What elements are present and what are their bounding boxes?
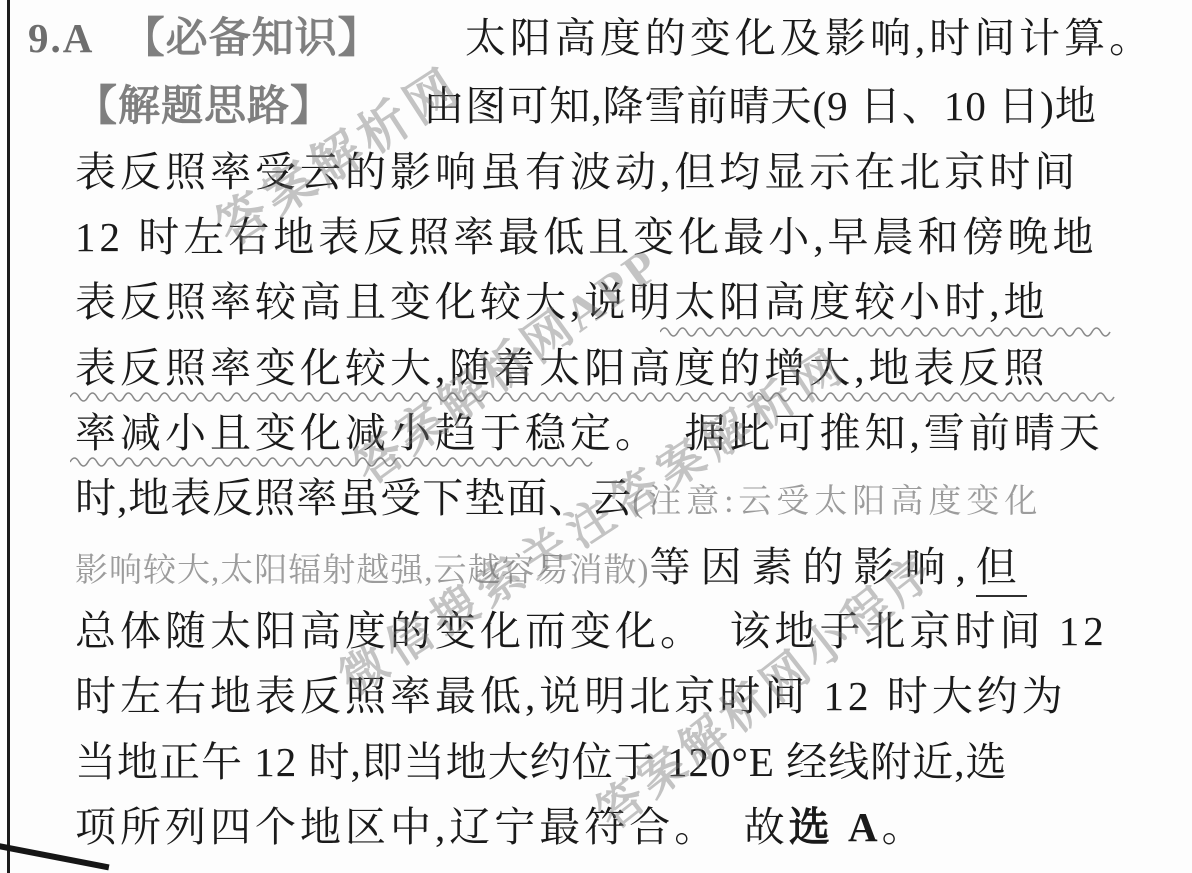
solution-line-6: 表反照率变化较大,随着太阳高度的增大,地表反照 — [75, 344, 1049, 392]
approach-label: 【解题思路】 — [75, 84, 333, 130]
solution-line-7: 率减小且变化减小趋于稳定。 据此可推知,雪前晴天 — [75, 409, 1104, 457]
line-text: 太阳高度的变化及影响,时间计算。 — [465, 15, 1154, 61]
line-text: 表反照率较高且变化较大,说明太阳高度较小时,地 — [75, 279, 1049, 325]
solution-line-4: 12 时左右地表反照率最低且变化最小,早晨和傍晚地 — [75, 213, 1098, 261]
solution-line-11: 时左右地表反照率最低,说明北京时间 12 时大约为 — [75, 672, 1067, 720]
line-text: 时左右地表反照率最低,说明北京时间 12 时大约为 — [75, 673, 1067, 719]
left-border-rule — [7, 0, 10, 873]
solution-line-2: 【解题思路】 由图可知,降雪前晴天(9 日、10 日)地 — [75, 82, 1097, 131]
wavy-underline — [70, 391, 1118, 403]
question-number: 9.A — [28, 15, 94, 61]
answer-sheet-page: 9.A 【必备知识】 太阳高度的变化及影响,时间计算。 【解题思路】 由图可知,… — [0, 0, 1192, 873]
line-text: 总体随太阳高度的变化而变化。 该地于北京时间 12 — [75, 608, 1108, 654]
line-text: 率减小且变化减小趋于稳定。 据此可推知,雪前晴天 — [75, 410, 1104, 456]
note-text: (注意:云受太阳高度变化 — [632, 484, 1042, 520]
underlined-word: 但 — [976, 544, 1027, 597]
solution-line-13: 项所列四个地区中,辽宁最符合。 故选 A。 — [75, 803, 927, 851]
knowledge-label: 【必备知识】 — [123, 16, 381, 62]
line-text: 项所列四个地区中,辽宁最符合。 故 — [75, 804, 789, 850]
bold-answer: 选 A — [789, 804, 882, 850]
line-text: 当地正午 12 时,即当地大约位于 120°E 经线附近,选 — [75, 739, 1007, 785]
wavy-underline — [70, 456, 605, 468]
line-text: 由图可知,降雪前晴天(9 日、10 日)地 — [423, 83, 1097, 129]
solution-line-8: 时,地表反照率虽受下垫面、云(注意:云受太阳高度变化 — [75, 474, 1042, 526]
solution-line-1: 9.A 【必备知识】 太阳高度的变化及影响,时间计算。 — [28, 14, 1154, 63]
note-text: 影响较大,太阳辐射越强,云越容易消散) — [75, 553, 650, 589]
wavy-underline — [660, 326, 1118, 338]
line-text: 时,地表反照率虽受下垫面、云 — [75, 475, 632, 521]
solution-line-5: 表反照率较高且变化较大,说明太阳高度较小时,地 — [75, 278, 1049, 326]
line-text: 表反照率受云的影响虽有波动,但均显示在北京时间 — [75, 149, 1079, 195]
solution-line-12: 当地正午 12 时,即当地大约位于 120°E 经线附近,选 — [75, 738, 1007, 786]
solution-line-9: 影响较大,太阳辐射越强,云越容易消散)等因素的影响,但 — [75, 543, 1027, 595]
line-text: 表反照率变化较大,随着太阳高度的增大,地表反照 — [75, 345, 1049, 391]
solution-line-3: 表反照率受云的影响虽有波动,但均显示在北京时间 — [75, 148, 1079, 196]
solution-line-10: 总体随太阳高度的变化而变化。 该地于北京时间 12 — [75, 607, 1108, 655]
line-text-end: 。 — [882, 804, 927, 850]
line-text: 12 时左右地表反照率最低且变化最小,早晨和傍晚地 — [75, 214, 1098, 260]
line-text: 等因素的影响, — [650, 544, 976, 590]
